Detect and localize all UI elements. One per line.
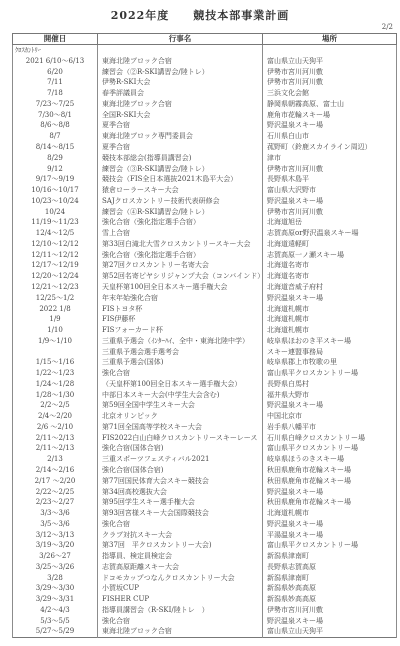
event-date: 1/24～1/28 — [13, 379, 98, 390]
event-name: 三重県予選会(国体) — [98, 357, 263, 368]
table-row: 11/19～11/23 強化合宿（強化指定選手合宿） 北海道旭岳 — [13, 217, 397, 228]
event-date: 1/10 — [13, 325, 98, 336]
event-place: 長野県白馬村 — [263, 379, 397, 390]
table-row: 3/5～3/6 強化合宿 野沢温泉スキー場 — [13, 519, 397, 530]
event-name: FIS2022白山白峰クロスカントリースキーレース — [98, 433, 263, 444]
table-row: 7/11 伊勢R-SKI大会 伊勢市宮川河川敷 — [13, 77, 397, 88]
event-name: 全国R-SKI大会 — [98, 110, 263, 121]
event-place: 富山県大沢野市 — [263, 185, 397, 196]
event-date: 1/28～1/30 — [13, 390, 98, 401]
event-date: 1/9～1/10 — [13, 336, 98, 347]
event-name: 志賀高原距離スキー大会 — [98, 562, 263, 573]
table-row: 12/11～12/12 強化合宿（強化指定選手合宿） 志賀高原一ノ瀬スキー場 — [13, 250, 397, 261]
event-date: 7/11 — [13, 77, 98, 88]
table-row: 1/28～1/30 中部日本スキー大会(中学生大会含む) 福井県大野市 — [13, 390, 397, 401]
event-date: 2021 6/10～6/13 — [13, 56, 98, 67]
event-name: クラブ対抗スキー大会 — [98, 529, 263, 540]
event-place: 中国北京市 — [263, 411, 397, 422]
table-row: 12/21～12/23 天皇杯第100回全日本スキー選手権大会 北海道音威子府村 — [13, 282, 397, 293]
event-date — [13, 346, 98, 357]
table-row: 2/22～2/25 第34回高校選抜大会 野沢温泉スキー場 — [13, 486, 397, 497]
event-place: 平湯温泉スキー場 — [263, 529, 397, 540]
table-row: 9/17～9/19 競技会（FIS全日本選抜2021木島平大会） 長野県木島平 — [13, 174, 397, 185]
event-date: 3/19～3/20 — [13, 540, 98, 551]
event-date: 3/29～3/31 — [13, 594, 98, 605]
event-name: 練習会（②R-SKI講習会/陸トレ） — [98, 67, 263, 78]
event-place: 菰野町（鈴鹿スカイライン周辺） — [263, 142, 397, 153]
event-date: 2022 1/8 — [13, 303, 98, 314]
event-place: 石川県白山市 — [263, 131, 397, 142]
event-date: 2/2～2/5 — [13, 400, 98, 411]
event-name: 指導員、検定員検定会 — [98, 551, 263, 562]
schedule-table-body: ｸﾛｽｶﾝﾄﾘｰ 2021 6/10～6/13 東海北陸ブロック合宿 富山県立山… — [13, 45, 397, 638]
table-row: 2/23～2/27 第95回学生スキー選手権大会 秋田県鹿角市花輪スキー場 — [13, 497, 397, 508]
event-name: 強化合宿 — [98, 368, 263, 379]
event-name: 強化合宿 — [98, 616, 263, 627]
table-row: 2021 6/10～6/13 東海北陸ブロック合宿 富山県立山天狗平 — [13, 56, 397, 67]
event-place: 志賀高原一ノ瀬スキー場 — [263, 250, 397, 261]
event-place: 秋田県鹿角市花輪スキー場 — [263, 497, 397, 508]
event-name: 天皇杯第100回全日本スキー選手権大会 — [98, 282, 263, 293]
event-date: 7/18 — [13, 88, 98, 99]
table-row: 2/17 ～2/20 第77回国民体育大会スキー競技会 秋田県鹿角市花輪スキー場 — [13, 476, 397, 487]
event-name: SAJクロスカントリー技術代表研修会 — [98, 196, 263, 207]
event-place: 北海道音威子府村 — [263, 282, 397, 293]
event-place: 北海道札幌市 — [263, 325, 397, 336]
event-date: 12/4～12/5 — [13, 228, 98, 239]
event-date: 2/22～2/25 — [13, 486, 98, 497]
event-date: 8/14～8/15 — [13, 142, 98, 153]
table-row: 12/25～1/2 年末年始強化合宿 野沢温泉スキー場 — [13, 293, 397, 304]
event-name: 強化合宿（強化指定選手合宿） — [98, 217, 263, 228]
empty-cell — [98, 45, 263, 56]
event-name: 第93回宮様スキー大会国際競技会 — [98, 508, 263, 519]
empty-cell — [263, 45, 397, 56]
event-date: 11/19～11/23 — [13, 217, 98, 228]
table-row: 12/4～12/5 雪上合宿 志賀高原or野沢温泉スキー場 — [13, 228, 397, 239]
event-date: 10/23～10/24 — [13, 196, 98, 207]
section-label: ｸﾛｽｶﾝﾄﾘｰ — [13, 45, 98, 56]
event-place: 鹿角市花輪スキー場 — [263, 110, 397, 121]
event-name: （天皇杯第100回全日本スキー選手権大会） — [98, 379, 263, 390]
event-name: FISトヨタ杯 — [98, 303, 263, 314]
event-name: FIS伊藤杯 — [98, 314, 263, 325]
table-row: 12/10～12/12 第33回白滝北大雪クロスカントリースキー大会 北海道遠軽… — [13, 239, 397, 250]
event-date: 2/11～2/13 — [13, 443, 98, 454]
page-number: 2/2 — [382, 23, 393, 31]
event-place: 津市 — [263, 153, 397, 164]
event-date: 12/25～1/2 — [13, 293, 98, 304]
table-row: 4/2～4/3 指導員講習会（R-SKI/陸トレ ） 伊勢市宮川河川敷 — [13, 605, 397, 616]
table-row: 8/7 東海北陸ブロック専門委員会 石川県白山市 — [13, 131, 397, 142]
event-name: 第33回白滝北大雪クロスカントリースキー大会 — [98, 239, 263, 250]
event-name: 東海北陸ブロック専門委員会 — [98, 131, 263, 142]
table-row: 7/18 春季評議員会 三浜文化会館 — [13, 88, 397, 99]
event-name: 練習会（④R-SKI講習会/陸トレ） — [98, 206, 263, 217]
event-date: 12/10～12/12 — [13, 239, 98, 250]
table-row: 2/14～2/16 強化合宿(国体合宿) 秋田県鹿角市花輪スキー場 — [13, 465, 397, 476]
page-title: 2022年度 競技本部事業計画 — [0, 7, 400, 23]
event-date: 7/23～7/25 — [13, 99, 98, 110]
event-place: 志賀高原or野沢温泉スキー場 — [263, 228, 397, 239]
event-name: 競技会（FIS全日本選抜2021木島平大会） — [98, 174, 263, 185]
event-date: 6/20 — [13, 67, 98, 78]
table-row: 8/14～8/15 夏季合宿 菰野町（鈴鹿スカイライン周辺） — [13, 142, 397, 153]
event-date: 3/3～3/6 — [13, 508, 98, 519]
event-date: 1/15～1/16 — [13, 357, 98, 368]
event-place: 伊勢市宮川河川敷 — [263, 77, 397, 88]
event-name: 東海北陸ブロック合宿 — [98, 99, 263, 110]
table-row: 1/9 FIS伊藤杯 北海道札幌市 — [13, 314, 397, 325]
event-place: 秋田県鹿角市花輪スキー場 — [263, 465, 397, 476]
table-row: 3/28 ドコモカップつなんクロスカントリー大会 新潟県津南町 — [13, 573, 397, 584]
event-date: 12/21～12/23 — [13, 282, 98, 293]
event-name: 中部日本スキー大会(中学生大会含む) — [98, 390, 263, 401]
event-name: 東海北陸ブロック合宿 — [98, 626, 263, 637]
table-row: 2/13 三重スポーツフェスティバル2021 岐阜県ほうのきスキー場 — [13, 454, 397, 465]
event-place: 富山県平クロスカントリー場 — [263, 540, 397, 551]
event-name: 指導員講習会（R-SKI/陸トレ ） — [98, 605, 263, 616]
table-row: 2/11～2/13 FIS2022白山白峰クロスカントリースキーレース 石川県白… — [13, 433, 397, 444]
event-name: FISHER CUP — [98, 594, 263, 605]
table-row: 2/11～2/13 強化合宿(国体合宿) 富山県平クロスカントリー場 — [13, 443, 397, 454]
event-place: 岐阜県郡上市牧歌の里 — [263, 357, 397, 368]
event-place: スキー連盟事務局 — [263, 346, 397, 357]
table-row: 3/25～3/26 志賀高原距離スキー大会 長野県志賀高原 — [13, 562, 397, 573]
event-date: 9/17～9/19 — [13, 174, 98, 185]
event-name: 第77回国民体育大会スキー競技会 — [98, 476, 263, 487]
table-row: 1/10 FISフォーカード杯 北海道札幌市 — [13, 325, 397, 336]
event-place: 野沢温泉スキー場 — [263, 616, 397, 627]
event-place: 伊勢市宮川河川敷 — [263, 605, 397, 616]
event-name: 第34回高校選抜大会 — [98, 486, 263, 497]
event-name: 強化合宿(国体合宿) — [98, 443, 263, 454]
event-place: 新潟県津南町 — [263, 551, 397, 562]
event-date: 2/4～2/20 — [13, 411, 98, 422]
event-place: 伊勢市宮川河川敷 — [263, 163, 397, 174]
event-name: 競技本部総会(指導員講習会) — [98, 153, 263, 164]
event-name: 三重県予選会（ｲﾝﾀｰﾊｲ、全中・東海北陸中学） — [98, 336, 263, 347]
event-date: 8/29 — [13, 153, 98, 164]
event-date: 3/26～27 — [13, 551, 98, 562]
event-date: 1/9 — [13, 314, 98, 325]
column-header-place: 場所 — [263, 34, 397, 45]
event-date: 2/11～2/13 — [13, 433, 98, 444]
event-date: 3/29～3/30 — [13, 583, 98, 594]
event-place: 福井県大野市 — [263, 390, 397, 401]
event-name: 春季評議員会 — [98, 88, 263, 99]
event-place: 秋田県鹿角市花輪スキー場 — [263, 476, 397, 487]
event-place: 北海道旭岳 — [263, 217, 397, 228]
event-date: 12/11～12/12 — [13, 250, 98, 261]
event-date: 12/20～12/24 — [13, 271, 98, 282]
table-row: 1/22～1/23 強化合宿 富山県平クロスカントリー場 — [13, 368, 397, 379]
event-date: 3/12～3/13 — [13, 529, 98, 540]
event-name: FISフォーカード杯 — [98, 325, 263, 336]
event-date: 2/17 ～2/20 — [13, 476, 98, 487]
event-name: 伊勢R-SKI大会 — [98, 77, 263, 88]
event-date: 12/17～12/19 — [13, 260, 98, 271]
event-date: 8/7 — [13, 131, 98, 142]
event-date: 2/6 ～2/10 — [13, 422, 98, 433]
event-date: 10/16～10/17 — [13, 185, 98, 196]
event-place: 伊勢市宮川河川敷 — [263, 206, 397, 217]
event-place: 静岡県朝霧高原、富士山 — [263, 99, 397, 110]
event-name: 第52回名寄ピヤシリジャンプ大会（コンバインド） — [98, 271, 263, 282]
table-row: 8/6～8/8 夏季合宿 野沢温泉スキー場 — [13, 120, 397, 131]
event-place: 北海道名寄市 — [263, 271, 397, 282]
event-place: 野沢温泉スキー場 — [263, 400, 397, 411]
table-row: 2/6 ～2/10 第71回全国高等学校スキー大会 岩手県八幡平市 — [13, 422, 397, 433]
table-row: 2/2～2/5 第59回全国中学生スキー大会 野沢温泉スキー場 — [13, 400, 397, 411]
event-place: 北海道札幌市 — [263, 314, 397, 325]
event-date: 4/2～4/3 — [13, 605, 98, 616]
event-place: 野沢温泉スキー場 — [263, 293, 397, 304]
section-row: ｸﾛｽｶﾝﾄﾘｰ — [13, 45, 397, 56]
table-row: 3/26～27 指導員、検定員検定会 新潟県津南町 — [13, 551, 397, 562]
event-name: 夏季合宿 — [98, 142, 263, 153]
event-place: 野沢温泉スキー場 — [263, 486, 397, 497]
event-place: 富山県立山天狗平 — [263, 626, 397, 637]
event-place: 北海道札幌市 — [263, 508, 397, 519]
event-place: 新潟県津南町 — [263, 573, 397, 584]
event-name: 強化合宿 — [98, 519, 263, 530]
event-name: 強化合宿（強化指定選手合宿） — [98, 250, 263, 261]
event-date: 3/25～3/26 — [13, 562, 98, 573]
event-name: 雪上合宿 — [98, 228, 263, 239]
event-date: 1/22～1/23 — [13, 368, 98, 379]
table-row: 8/29 競技本部総会(指導員講習会) 津市 — [13, 153, 397, 164]
event-place: 岐阜県ほうのきスキー場 — [263, 454, 397, 465]
event-place: 新潟県妙高高原 — [263, 583, 397, 594]
table-row: 10/16～10/17 猿倉ローラースキー大会 富山県大沢野市 — [13, 185, 397, 196]
table-row: 10/23～10/24 SAJクロスカントリー技術代表研修会 野沢温泉スキー場 — [13, 196, 397, 207]
table-row: 5/3～5/5 強化合宿 野沢温泉スキー場 — [13, 616, 397, 627]
event-place: 北海道札幌市 — [263, 303, 397, 314]
table-row: 2022 1/8 FISトヨタ杯 北海道札幌市 — [13, 303, 397, 314]
event-date: 5/27～5/29 — [13, 626, 98, 637]
event-date: 2/13 — [13, 454, 98, 465]
event-place: 野沢温泉スキー場 — [263, 120, 397, 131]
table-row: 3/19～3/20 第37回 平クロスカントリー大会) 富山県平クロスカントリー… — [13, 540, 397, 551]
event-place: 岩手県八幡平市 — [263, 422, 397, 433]
event-name: 東海北陸ブロック合宿 — [98, 56, 263, 67]
event-name: 強化合宿(国体合宿) — [98, 465, 263, 476]
event-name: 夏季合宿 — [98, 120, 263, 131]
event-date: 5/3～5/5 — [13, 616, 98, 627]
event-date: 9/12 — [13, 163, 98, 174]
table-row: 6/20 練習会（②R-SKI講習会/陸トレ） 伊勢市宮川河川敷 — [13, 67, 397, 78]
table-row: 3/29～3/31 FISHER CUP 新潟県妙高高原 — [13, 594, 397, 605]
event-place: 岐阜県ほおのき平スキー場 — [263, 336, 397, 347]
event-date: 7/30～8/1 — [13, 110, 98, 121]
table-row: 12/20～12/24 第52回名寄ピヤシリジャンプ大会（コンバインド） 北海道… — [13, 271, 397, 282]
event-place: 長野県志賀高原 — [263, 562, 397, 573]
event-date: 8/6～8/8 — [13, 120, 98, 131]
event-place: 富山県平クロスカントリー場 — [263, 368, 397, 379]
event-place: 富山県平クロスカントリー場 — [263, 443, 397, 454]
event-name: 小賀坂CUP — [98, 583, 263, 594]
table-row: 1/15～1/16 三重県予選会(国体) 岐阜県郡上市牧歌の里 — [13, 357, 397, 368]
event-place: 野沢温泉スキー場 — [263, 196, 397, 207]
event-name: 北京オリンピック — [98, 411, 263, 422]
event-place: 新潟県妙高高原 — [263, 594, 397, 605]
column-header-date: 開催日 — [13, 34, 98, 45]
event-date: 3/5～3/6 — [13, 519, 98, 530]
table-row: 3/3～3/6 第93回宮様スキー大会国際競技会 北海道札幌市 — [13, 508, 397, 519]
event-place: 野沢温泉スキー場 — [263, 519, 397, 530]
schedule-table-header: 開催日 行事名 場所 — [13, 34, 397, 45]
table-row: 1/24～1/28 （天皇杯第100回全日本スキー選手権大会） 長野県白馬村 — [13, 379, 397, 390]
event-name: 三重スポーツフェスティバル2021 — [98, 454, 263, 465]
event-name: 猿倉ローラースキー大会 — [98, 185, 263, 196]
table-row: 7/30～8/1 全国R-SKI大会 鹿角市花輪スキー場 — [13, 110, 397, 121]
event-name: 第37回 平クロスカントリー大会) — [98, 540, 263, 551]
event-name: 第27回クロスカントリー名寄大会 — [98, 260, 263, 271]
table-row: 7/23～7/25 東海北陸ブロック合宿 静岡県朝霧高原、富士山 — [13, 99, 397, 110]
table-row: 5/27～5/29 東海北陸ブロック合宿 富山県立山天狗平 — [13, 626, 397, 637]
event-place: 長野県木島平 — [263, 174, 397, 185]
event-date: 2/23～2/27 — [13, 497, 98, 508]
column-header-event: 行事名 — [98, 34, 263, 45]
table-row: 10/24 練習会（④R-SKI講習会/陸トレ） 伊勢市宮川河川敷 — [13, 206, 397, 217]
event-place: 三浜文化会館 — [263, 88, 397, 99]
schedule-table: 開催日 行事名 場所 ｸﾛｽｶﾝﾄﾘｰ 2021 6/10～6/13 東海北陸ブ… — [12, 33, 397, 638]
event-place: 北海道名寄市 — [263, 260, 397, 271]
table-row: 3/12～3/13 クラブ対抗スキー大会 平湯温泉スキー場 — [13, 529, 397, 540]
event-name: ドコモカップつなんクロスカントリー大会 — [98, 573, 263, 584]
event-name: 練習会（③R-SKI講習会/陸トレ） — [98, 163, 263, 174]
event-place: 北海道遠軽町 — [263, 239, 397, 250]
table-row: 12/17～12/19 第27回クロスカントリー名寄大会 北海道名寄市 — [13, 260, 397, 271]
table-row: 2/4～2/20 北京オリンピック 中国北京市 — [13, 411, 397, 422]
event-name: 第71回全国高等学校スキー大会 — [98, 422, 263, 433]
event-date: 10/24 — [13, 206, 98, 217]
table-row: 三重県予選会選手選考会 スキー連盟事務局 — [13, 346, 397, 357]
event-date: 2/14～2/16 — [13, 465, 98, 476]
event-name: 第95回学生スキー選手権大会 — [98, 497, 263, 508]
event-place: 富山県立山天狗平 — [263, 56, 397, 67]
event-name: 三重県予選会選手選考会 — [98, 346, 263, 357]
header-row: 開催日 行事名 場所 — [13, 34, 397, 45]
table-row: 1/9～1/10 三重県予選会（ｲﾝﾀｰﾊｲ、全中・東海北陸中学） 岐阜県ほおの… — [13, 336, 397, 347]
event-place: 伊勢市宮川河川敷 — [263, 67, 397, 78]
table-row: 9/12 練習会（③R-SKI講習会/陸トレ） 伊勢市宮川河川敷 — [13, 163, 397, 174]
event-name: 第59回全国中学生スキー大会 — [98, 400, 263, 411]
event-place: 石川県白峰クロスカントリー場 — [263, 433, 397, 444]
event-date: 3/28 — [13, 573, 98, 584]
table-row: 3/29～3/30 小賀坂CUP 新潟県妙高高原 — [13, 583, 397, 594]
event-name: 年末年始強化合宿 — [98, 293, 263, 304]
